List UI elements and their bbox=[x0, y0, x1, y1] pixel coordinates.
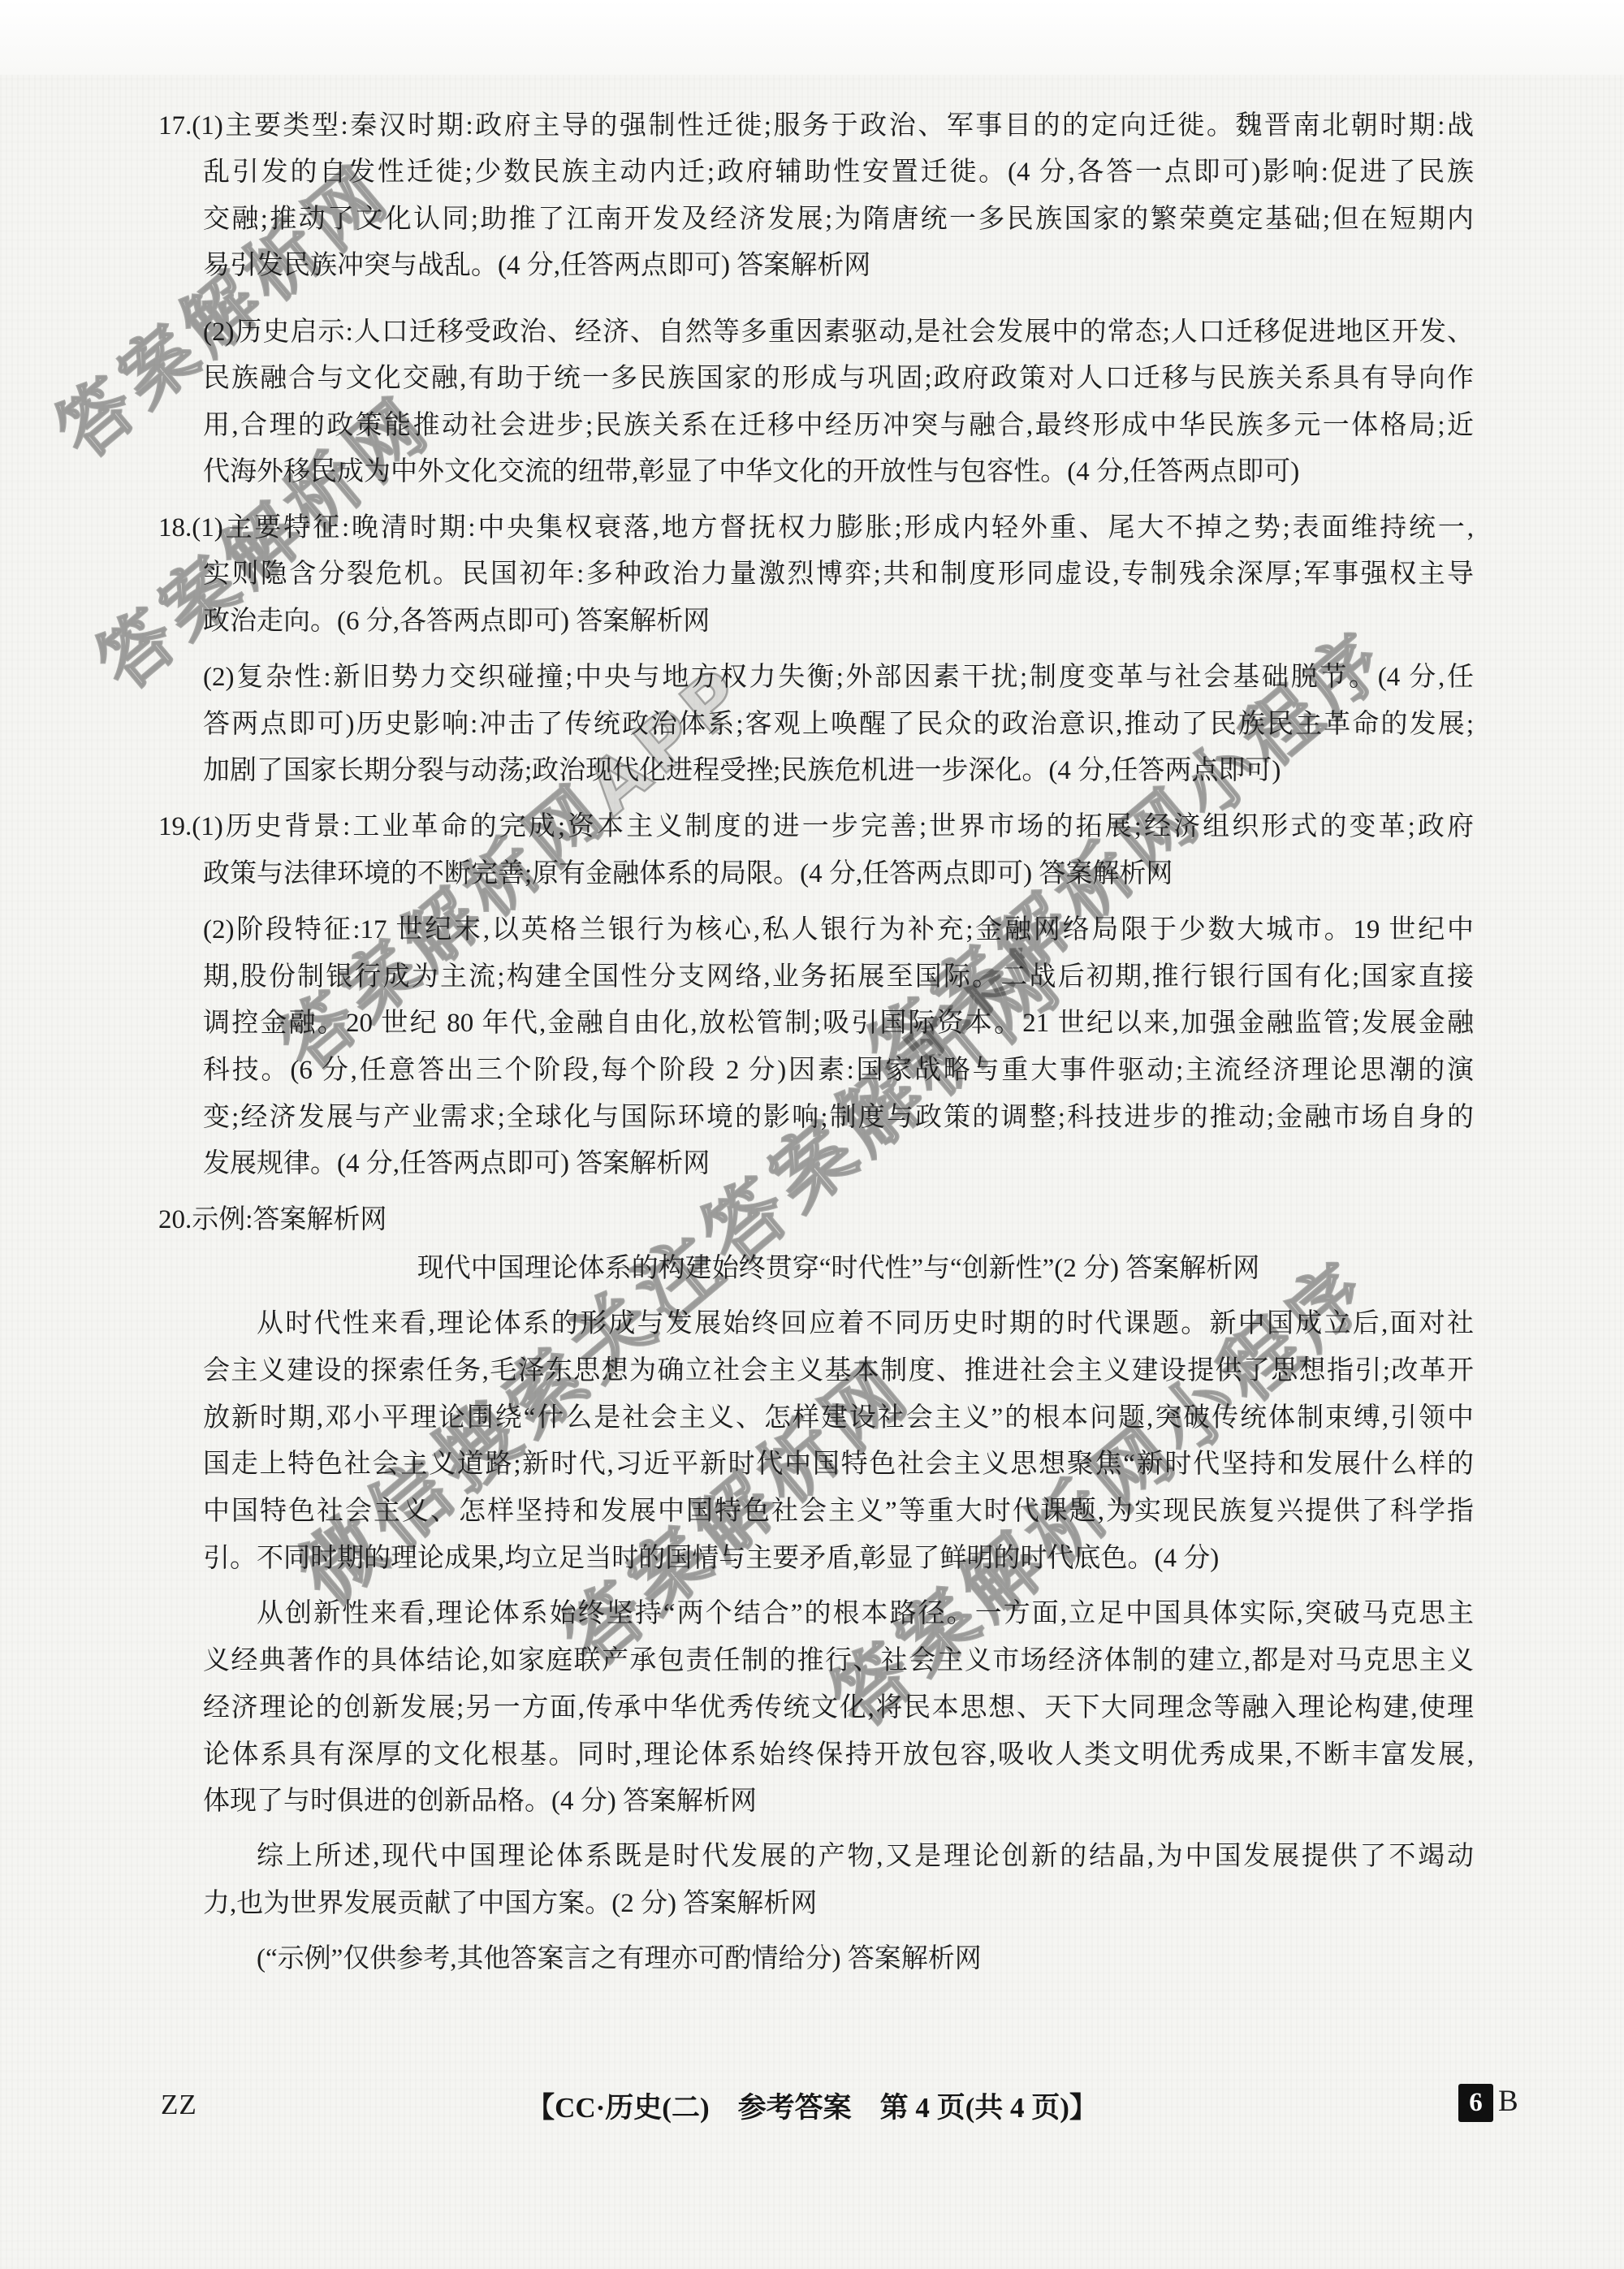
text-line: 发展规律。(4 分,任答两点即可) 答案解析网 bbox=[203, 1146, 1474, 1183]
text-line: 科技。(6 分,任意答出三个阶段,每个阶段 2 分)因素:国家战略与重大事件驱动… bbox=[203, 1052, 1474, 1090]
text-line: 易引发民族冲突与战乱。(4 分,任答两点即可) 答案解析网 bbox=[203, 248, 1474, 285]
text-line: 期,股份制银行成为主流;构建全国性分支网络,业务拓展至国际。二战后初期,推行银行… bbox=[203, 959, 1474, 996]
text-line: 20.示例:答案解析网 bbox=[158, 1202, 1474, 1239]
text-line: 加剧了国家长期分裂与动荡;政治现代化进程受挫;民族危机进一步深化。(4 分,任答… bbox=[203, 753, 1474, 790]
text-line: 民族融合与文化交融,有助于统一多民族国家的形成与巩固;政府政策对人口迁移与民族关… bbox=[203, 361, 1474, 398]
text-line: 义经典著作的具体结论,如家庭联产承包责任制的推行、社会主义市场经济体制的建立,都… bbox=[203, 1643, 1474, 1680]
text-line: 论体系具有深厚的文化根基。同时,理论体系始终保持开放包容,吸收人类文明优秀成果,… bbox=[203, 1737, 1474, 1774]
text-line: 19.(1)历史背景:工业革命的完成;资本主义制度的进一步完善;世界市场的拓展;… bbox=[158, 809, 1474, 846]
text-line: 乱引发的自发性迁徙;少数民族主动内迁;政府辅助性安置迁徙。(4 分,各答一点即可… bbox=[203, 154, 1474, 192]
text-line: 放新时期,邓小平理论围绕“什么是社会主义、怎样建设社会主义”的根本问题,突破传统… bbox=[203, 1400, 1474, 1437]
text-line: 变;经济发展与产业需求;全球化与国际环境的影响;制度与政策的调整;科技进步的推动… bbox=[203, 1100, 1474, 1137]
text-line: 中国特色社会主义、怎样坚持和发展中国特色社会主义”等重大时代课题,为实现民族复兴… bbox=[203, 1493, 1474, 1531]
text-line: 17.(1)主要类型:秦汉时期:政府主导的强制性迁徙;服务于政治、军事目的的定向… bbox=[158, 108, 1474, 145]
text-line: 调控金融。20 世纪 80 年代,金融自由化,放松管制;吸引国际资本。21 世纪… bbox=[203, 1005, 1474, 1043]
text-line: 政策与法律环境的不断完善;原有金融体系的局限。(4 分,任答两点即可) 答案解析… bbox=[203, 856, 1474, 893]
text-line: 国走上特色社会主义道路;新时代,习近平新时代中国特色社会主义思想聚焦“新时代坚持… bbox=[203, 1446, 1474, 1484]
text-line: 体现了与时俱进的创新品格。(4 分) 答案解析网 bbox=[203, 1783, 1474, 1821]
text-line: (2)阶段特征:17 世纪末,以英格兰银行为核心,私人银行为补充;金融网络局限于… bbox=[203, 912, 1474, 949]
text-line: 实则隐含分裂危机。民国初年:多种政治力量激烈博弈;共和制度形同虚设,专制残余深厚… bbox=[203, 556, 1474, 594]
footer-page-badge: 6 bbox=[1458, 2084, 1493, 2122]
text-line: 经济理论的创新发展;另一方面,传承中华优秀传统文化,将民本思想、天下大同理念等融… bbox=[203, 1690, 1474, 1727]
text-line: 引。不同时期的理论成果,均立足当时的国情与主要矛盾,彰显了鲜明的时代底色。(4 … bbox=[203, 1541, 1474, 1578]
text-line: (2)历史启示:人口迁移受政治、经济、自然等多重因素驱动,是社会发展中的常态;人… bbox=[203, 314, 1474, 352]
text-line: 代海外移民成为中外文化交流的纽带,彰显了中华文化的开放性与包容性。(4 分,任答… bbox=[203, 454, 1474, 491]
text-line: 从创新性来看,理论体系始终坚持“两个结合”的根本路径。一方面,立足中国具体实际,… bbox=[203, 1596, 1474, 1633]
text-line: 答两点即可)历史影响:冲击了传统政治体系;客观上唤醒了民众的政治意识,推动了民族… bbox=[203, 707, 1474, 744]
text-line: 综上所述,现代中国理论体系既是时代发展的产物,又是理论创新的结晶,为中国发展提供… bbox=[203, 1839, 1474, 1876]
text-line: 力,也为世界发展贡献了中国方案。(2 分) 答案解析网 bbox=[203, 1886, 1474, 1923]
page-top-margin bbox=[0, 0, 1624, 75]
footer-edition-code: B bbox=[1498, 2084, 1518, 2119]
footer-title: 【CC·历史(二) 参考答案 第 4 页(共 4 页)】 bbox=[0, 2085, 1624, 2126]
text-line: 用,合理的政策能推动社会进步;民族关系在迁移中经历冲突与融合,最终形成中华民族多… bbox=[203, 408, 1474, 445]
text-line: 从时代性来看,理论体系的形成与发展始终回应着不同历史时期的时代课题。新中国成立后… bbox=[203, 1306, 1474, 1343]
essay-title-line: 现代中国理论体系的构建始终贯穿“时代性”与“创新性”(2 分) 答案解析网 bbox=[203, 1251, 1474, 1288]
text-line: (“示例”仅供参考,其他答案言之有理亦可酌情给分) 答案解析网 bbox=[203, 1941, 1474, 1978]
text-line: 会主义建设的探索任务,毛泽东思想为确立社会主义基本制度、推进社会主义建设提供了思… bbox=[203, 1353, 1474, 1390]
text-line: 政治走向。(6 分,各答两点即可) 答案解析网 bbox=[203, 603, 1474, 641]
text-line: (2)复杂性:新旧势力交织碰撞;中央与地方权力失衡;外部因素干扰;制度变革与社会… bbox=[203, 659, 1474, 697]
scanned-answer-page: { "page": { "lines": [ "17.(1)主要类型:秦汉时期:… bbox=[0, 0, 1624, 2269]
text-line: 交融;推动了文化认同;助推了江南开发及经济发展;为隋唐统一多民族国家的繁荣奠定基… bbox=[203, 201, 1474, 239]
text-line: 18.(1)主要特征:晚清时期:中央集权衰落,地方督抚权力膨胀;形成内轻外重、尾… bbox=[158, 510, 1474, 547]
